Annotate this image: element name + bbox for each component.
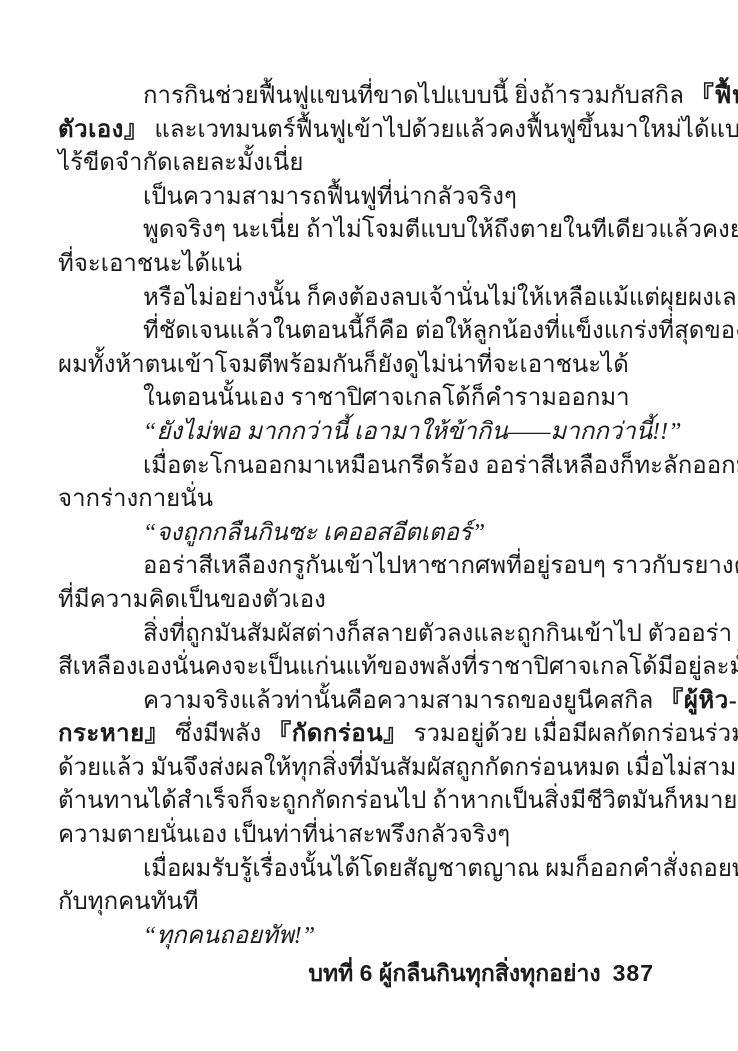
book-page: การกินช่วยฟื้นฟูแขนที่ขาดไปแบบนี้ ยิ่งถ้… xyxy=(0,0,738,1051)
body-text: ซึ่งมีพลัง xyxy=(169,721,267,747)
text-line: ที่ชัดเจนแล้วในตอนนี้ก็คือ ต่อให้ลูกน้อง… xyxy=(58,315,682,349)
text-line: ความจริงแล้วท่านั้นคือความสามารถของยูนีค… xyxy=(58,685,682,719)
text-line: จากร่างกายนั่น xyxy=(58,483,682,517)
text-line: กับทุกคนทันที xyxy=(58,886,682,920)
skill-name-text: 『ฟื้นฟู- xyxy=(690,83,738,109)
text-line: ออร่าสีเหลืองกรูกันเข้าไปหาซากศพที่อยู่ร… xyxy=(58,550,682,584)
body-text: หรือไม่อย่างนั้น ก็คงต้องลบเจ้านั่นไม่ให… xyxy=(143,285,738,311)
text-line: หรือไม่อย่างนั้น ก็คงต้องลบเจ้านั่นไม่ให… xyxy=(58,282,682,316)
body-text: ที่จะเอาชนะได้แน่ xyxy=(58,251,242,277)
dialogue-text: “ยังไม่พอ มากกว่านี้ เอามาให้ข้ากิน——มาก… xyxy=(143,419,681,445)
text-line: ความตายนั่นเอง เป็นท่าที่น่าสะพรึงกลัวจร… xyxy=(58,819,682,853)
text-line: ที่มีความคิดเป็นของตัวเอง xyxy=(58,584,682,618)
body-text: พูดจริงๆ นะเนี่ย ถ้าไม่โจมตีแบบให้ถึงตาย… xyxy=(143,217,738,243)
body-text: ไร้ขีดจำกัดเลยละมั้งเนี่ย xyxy=(58,150,303,176)
body-text: ผมทั้งห้าตนเข้าโจมตีพร้อมกันก็ยังดูไม่น่… xyxy=(58,352,629,378)
text-line: ด้วยแล้ว มันจึงส่งผลให้ทุกสิ่งที่มันสัมผ… xyxy=(58,752,682,786)
text-line: เมื่อตะโกนออกมาเหมือนกรีดร้อง ออร่าสีเหล… xyxy=(58,450,682,484)
body-text: ความตายนั่นเอง เป็นท่าที่น่าสะพรึงกลัวจร… xyxy=(58,822,510,848)
body-text: รวมอยู่ด้วย เมื่อมีผลกัดกร่อนร่วม xyxy=(408,721,738,747)
text-line: ไร้ขีดจำกัดเลยละมั้งเนี่ย xyxy=(58,147,682,181)
skill-name-text: 『ผู้หิว- xyxy=(659,688,737,714)
body-text: สีเหลืองเองนั่นคงจะเป็นแก่นแท้ของพลังที่… xyxy=(58,654,738,680)
body-text: เป็นความสามารถฟื้นฟูที่น่ากลัวจริงๆ xyxy=(143,184,517,210)
text-line: เมื่อผมรับรู้เรื่องนั้นได้โดยสัญชาตญาณ ผ… xyxy=(58,853,682,887)
body-text: เมื่อตะโกนออกมาเหมือนกรีดร้อง ออร่าสีเหล… xyxy=(143,453,738,479)
text-line: การกินช่วยฟื้นฟูแขนที่ขาดไปแบบนี้ ยิ่งถ้… xyxy=(58,80,682,114)
page-body-text: การกินช่วยฟื้นฟูแขนที่ขาดไปแบบนี้ ยิ่งถ้… xyxy=(58,80,682,953)
text-line: “ยังไม่พอ มากกว่านี้ เอามาให้ข้ากิน——มาก… xyxy=(58,416,682,450)
text-line: ผมทั้งห้าตนเข้าโจมตีพร้อมกันก็ยังดูไม่น่… xyxy=(58,349,682,383)
body-text: ที่มีความคิดเป็นของตัวเอง xyxy=(58,587,326,613)
body-text: ต้านทานได้สำเร็จก็จะถูกกัดกร่อนไป ถ้าหาก… xyxy=(58,788,738,814)
body-text: เมื่อผมรับรู้เรื่องนั้นได้โดยสัญชาตญาณ ผ… xyxy=(143,856,738,882)
text-line: ต้านทานได้สำเร็จก็จะถูกกัดกร่อนไป ถ้าหาก… xyxy=(58,785,682,819)
body-text: ในตอนนั้นเอง ราชาปิศาจเกลโด้ก็คำรามออกมา xyxy=(143,385,630,411)
text-line: ในตอนนั้นเอง ราชาปิศาจเกลโด้ก็คำรามออกมา xyxy=(58,382,682,416)
body-text: กับทุกคนทันที xyxy=(58,889,199,915)
text-line: พูดจริงๆ นะเนี่ย ถ้าไม่โจมตีแบบให้ถึงตาย… xyxy=(58,214,682,248)
skill-name-text: กระหาย』 xyxy=(58,721,169,747)
body-text: สิ่งที่ถูกมันสัมผัสต่างก็สลายตัวลงและถูก… xyxy=(143,621,732,647)
text-line: เป็นความสามารถฟื้นฟูที่น่ากลัวจริงๆ xyxy=(58,181,682,215)
page-footer: บทที่ 6 ผู้กลืนกินทุกสิ่งทุกอย่าง387 xyxy=(308,956,654,992)
body-text: ความจริงแล้วท่านั้นคือความสามารถของยูนีค… xyxy=(143,688,659,714)
body-text: ที่ชัดเจนแล้วในตอนนี้ก็คือ ต่อให้ลูกน้อง… xyxy=(143,318,738,344)
skill-name-text: ตัวเอง』 xyxy=(58,117,148,143)
body-text: และเวทมนตร์ฟื้นฟูเข้าไปด้วยแล้วคงฟื้นฟูข… xyxy=(148,117,738,143)
footer-page-number: 387 xyxy=(613,960,654,986)
body-text: ออร่าสีเหลืองกรูกันเข้าไปหาซากศพที่อยู่ร… xyxy=(143,553,738,579)
body-text: ด้วยแล้ว มันจึงส่งผลให้ทุกสิ่งที่มันสัมผ… xyxy=(58,755,738,781)
dialogue-text: “จงถูกกลืนกินซะ เคออสอีตเตอร์” xyxy=(143,520,485,546)
skill-name-text: 『กัดกร่อน』 xyxy=(267,721,407,747)
text-line: ตัวเอง』 และเวทมนตร์ฟื้นฟูเข้าไปด้วยแล้วค… xyxy=(58,114,682,148)
text-line: ที่จะเอาชนะได้แน่ xyxy=(58,248,682,282)
body-text: จากร่างกายนั่น xyxy=(58,486,213,512)
footer-chapter-title: บทที่ 6 ผู้กลืนกินทุกสิ่งทุกอย่าง xyxy=(308,960,600,986)
text-line: สิ่งที่ถูกมันสัมผัสต่างก็สลายตัวลงและถูก… xyxy=(58,618,682,652)
dialogue-text: “ทุกคนถอยทัพ!” xyxy=(143,923,315,949)
body-text: การกินช่วยฟื้นฟูแขนที่ขาดไปแบบนี้ ยิ่งถ้… xyxy=(143,83,690,109)
text-line: “ทุกคนถอยทัพ!” xyxy=(58,920,682,954)
text-line: กระหาย』 ซึ่งมีพลัง 『กัดกร่อน』 รวมอยู่ด้ว… xyxy=(58,718,682,752)
text-line: สีเหลืองเองนั่นคงจะเป็นแก่นแท้ของพลังที่… xyxy=(58,651,682,685)
text-line: “จงถูกกลืนกินซะ เคออสอีตเตอร์” xyxy=(58,517,682,551)
